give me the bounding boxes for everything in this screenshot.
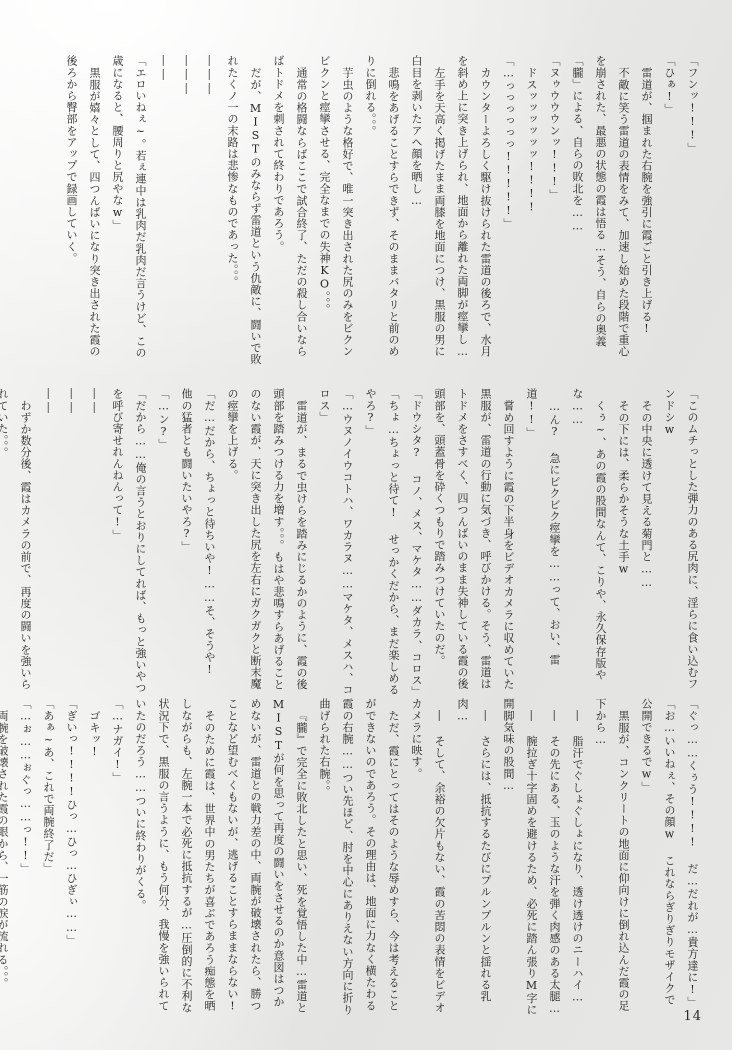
text-line: ―― — [152, 55, 175, 367]
leading-dash: ― — [548, 710, 561, 722]
text-line: 『朧』で完全に敗北したと思い、死を覚悟した中…雷道とMISTが何を思って再度の闘… — [221, 698, 313, 1016]
text-line: ― その先にある、玉のような汗を弾く肉感のある太腿… — [543, 698, 566, 1016]
text-line: その下には、柔らかそうな土手w — [612, 388, 635, 698]
leading-dash: ― — [433, 710, 446, 722]
text-line: 「だ…だから、ちょっと待ちいや!……そ、そうや! 他の猛者とも闘いたいやろ?」 — [175, 388, 221, 698]
leading-dash: ― — [571, 710, 584, 722]
text-line: 雷道が、掴まれた右腕を強引に霞ごと引き上げる! — [635, 55, 658, 367]
text-band-top: 「フンッ!!!」「ひぁ!」雷道が、掴まれた右腕を強引に霞ごと引き上げる!不敵に笑… — [60, 55, 704, 367]
text-line: ― そして、余裕の欠片もない、霞の苦悶の表情をビデオカメラに映す。 — [405, 698, 451, 1016]
text-line: 「エロいねぇ~。若ぇ連中は乳肉だ乳肉だ言うけど、この歳になると、腰周りと尻やなw… — [106, 55, 152, 367]
text-line: 「…ナガイ!」 — [106, 698, 129, 1016]
page-number: 14 — [683, 1009, 702, 1024]
scanned-novel-page: 「フンッ!!!」「ひぁ!」雷道が、掴まれた右腕を強引に霞ごと引き上げる!不敵に笑… — [0, 0, 732, 1050]
text-line: 嘗め回すように霞の下半身をビデオカメラに収めていた黒服が、雷道の行動に気づき、呼… — [428, 388, 520, 698]
text-line: 悲鳴をあげることすらできず、そのままバタリと前のめりに倒れる。。。 — [359, 55, 405, 367]
text-line: ―― — [37, 388, 60, 698]
text-line: 雷道が、まるで虫けらを踏みにじるかのように、霞の後頭部を踏みつける力を増す。。。… — [221, 388, 313, 698]
leading-dash: ― — [479, 710, 492, 722]
text-line: そのために霞は、世界中の男たちが喜ぶであろう痴態を晒しながらも、左腕一本で必死に… — [129, 698, 221, 1016]
text-line: その中央に透けて見える菊門と…… — [635, 388, 658, 698]
text-line: ――― — [175, 55, 198, 367]
text-line: 「ぐっ……くぅう!!!! だ…だれが…貴方達に!」 — [681, 698, 704, 1016]
text-line: 通常の格闘ならばここで試合終了、ただの殺し合いならばトドメを刺されて終わりであろ… — [267, 55, 313, 367]
leading-dash: ― — [525, 710, 538, 722]
text-line: 芋虫のような格好で、唯一突き出された尻のみをビクンビクンと痙攣させる、完全なまで… — [313, 55, 359, 367]
text-line: ― 腕拉ぎ十字固めを避けるため、必死に踏ん張りM字に開脚気味の股間… — [497, 698, 543, 1016]
text-line: だが、MISTのみならず雷道という仇敵に、闘いで敗れたくノ一の末路は悲惨なもので… — [221, 55, 267, 367]
text-line: 「フンッ!!!」 — [681, 55, 704, 367]
text-line: …ん? 急にビクビク痙攣を……って、おい、雷道!!」 — [520, 388, 566, 698]
text-line: 「お…いいねぇ、その顔w これならぎりぎりモザイクで公開できるでw」 — [635, 698, 681, 1016]
text-line: 「…ぉ……ぉぐっ……っ!!」 — [14, 698, 37, 1016]
text-line: 黒服が、コンクリートの地面に仰向けに倒れ込んだ霞の足下から… — [589, 698, 635, 1016]
text-line: ―― — [60, 388, 83, 698]
text-line: ――― — [198, 55, 221, 367]
text-line: 「…ウヌノイウコトハ、ワカラヌ……マケタ、メスハ、コロス」 — [313, 388, 359, 698]
text-line: 「ぎいっ!!!!ひっ…ひっ…ひぎぃ……」 — [60, 698, 83, 1016]
text-line: ―― — [83, 388, 106, 698]
text-line: ドスッッッッッッ!!!! — [520, 55, 543, 367]
text-line: ― さらには、抵抗するたびにプルンプルンと揺れる乳肉… — [451, 698, 497, 1016]
text-line: 「あぁ~あ、これで両腕終了だ」 — [37, 698, 60, 1016]
text-line: 「このムチっとした弾力のある尻肉に、淫らに食い込むフンドシw — [658, 388, 704, 698]
text-band-bottom: 「ぐっ……くぅう!!!! だ…だれが…貴方達に!」「お…いいねぇ、その顔w これ… — [0, 698, 704, 1016]
text-line: 「ヌゥウウウンッ!!!」 — [543, 55, 566, 367]
text-line: 左手を天高く掲げたまま両膝を地面につけ、黒服の男に白目を剥いたアヘ顔を晒し… — [405, 55, 451, 367]
text-line: わずか数分後、霞はカメラの前で、再度の闘いを強いられていた。。。 — [0, 388, 37, 698]
text-line: 「ちょ…ちょっと待て! せっかくだから、まだ楽しめるやろ?」 — [359, 388, 405, 698]
text-line: カウンターよろしく駆け抜けられた雷道の後ろで、水月を斜め上に突き上げられ、地面か… — [451, 55, 497, 367]
text-line: 「…っっっっっっ!!!!!」 — [497, 55, 520, 367]
text-line: ゴキッ! — [83, 698, 106, 1016]
text-line: 黒服が嬉々として、四つんばいになり突き出された霞の後ろから臀部をアップで録画して… — [60, 55, 106, 367]
text-line: 両腕を破壊された霞の眼から、一筋の涙が流れる。。。 — [0, 698, 14, 1016]
text-line: 不敵に笑う雷道の表情をみて、加速し始めた段階で重心を崩された、最悪の状態の霞は悟… — [566, 55, 635, 367]
text-line: くぅ~、あの霞の股間なんて、こりや、永久保存版やな…… — [566, 388, 612, 698]
text-line: 「ドウシタ? コノ、メス、マケタ……ダカラ、コロス」 — [405, 388, 428, 698]
text-line: ただ、霞にとってはそのような辱めすら、今は考えることができないのであろう。その理… — [313, 698, 405, 1016]
text-band-middle: 「このムチっとした弾力のある尻肉に、淫らに食い込むフンドシwその中央に透けて見え… — [0, 388, 704, 698]
text-line: 「だから……俺の言うとおりにしてれば、もっと強いやつを呼び寄せれんねんって!」 — [106, 388, 152, 698]
text-line: 「…ン?」 — [152, 388, 175, 698]
text-line: 「ひぁ!」 — [658, 55, 681, 367]
text-line: ― 脂汗でぐしょぐしょになり、透け透けのニーハイ… — [566, 698, 589, 1016]
